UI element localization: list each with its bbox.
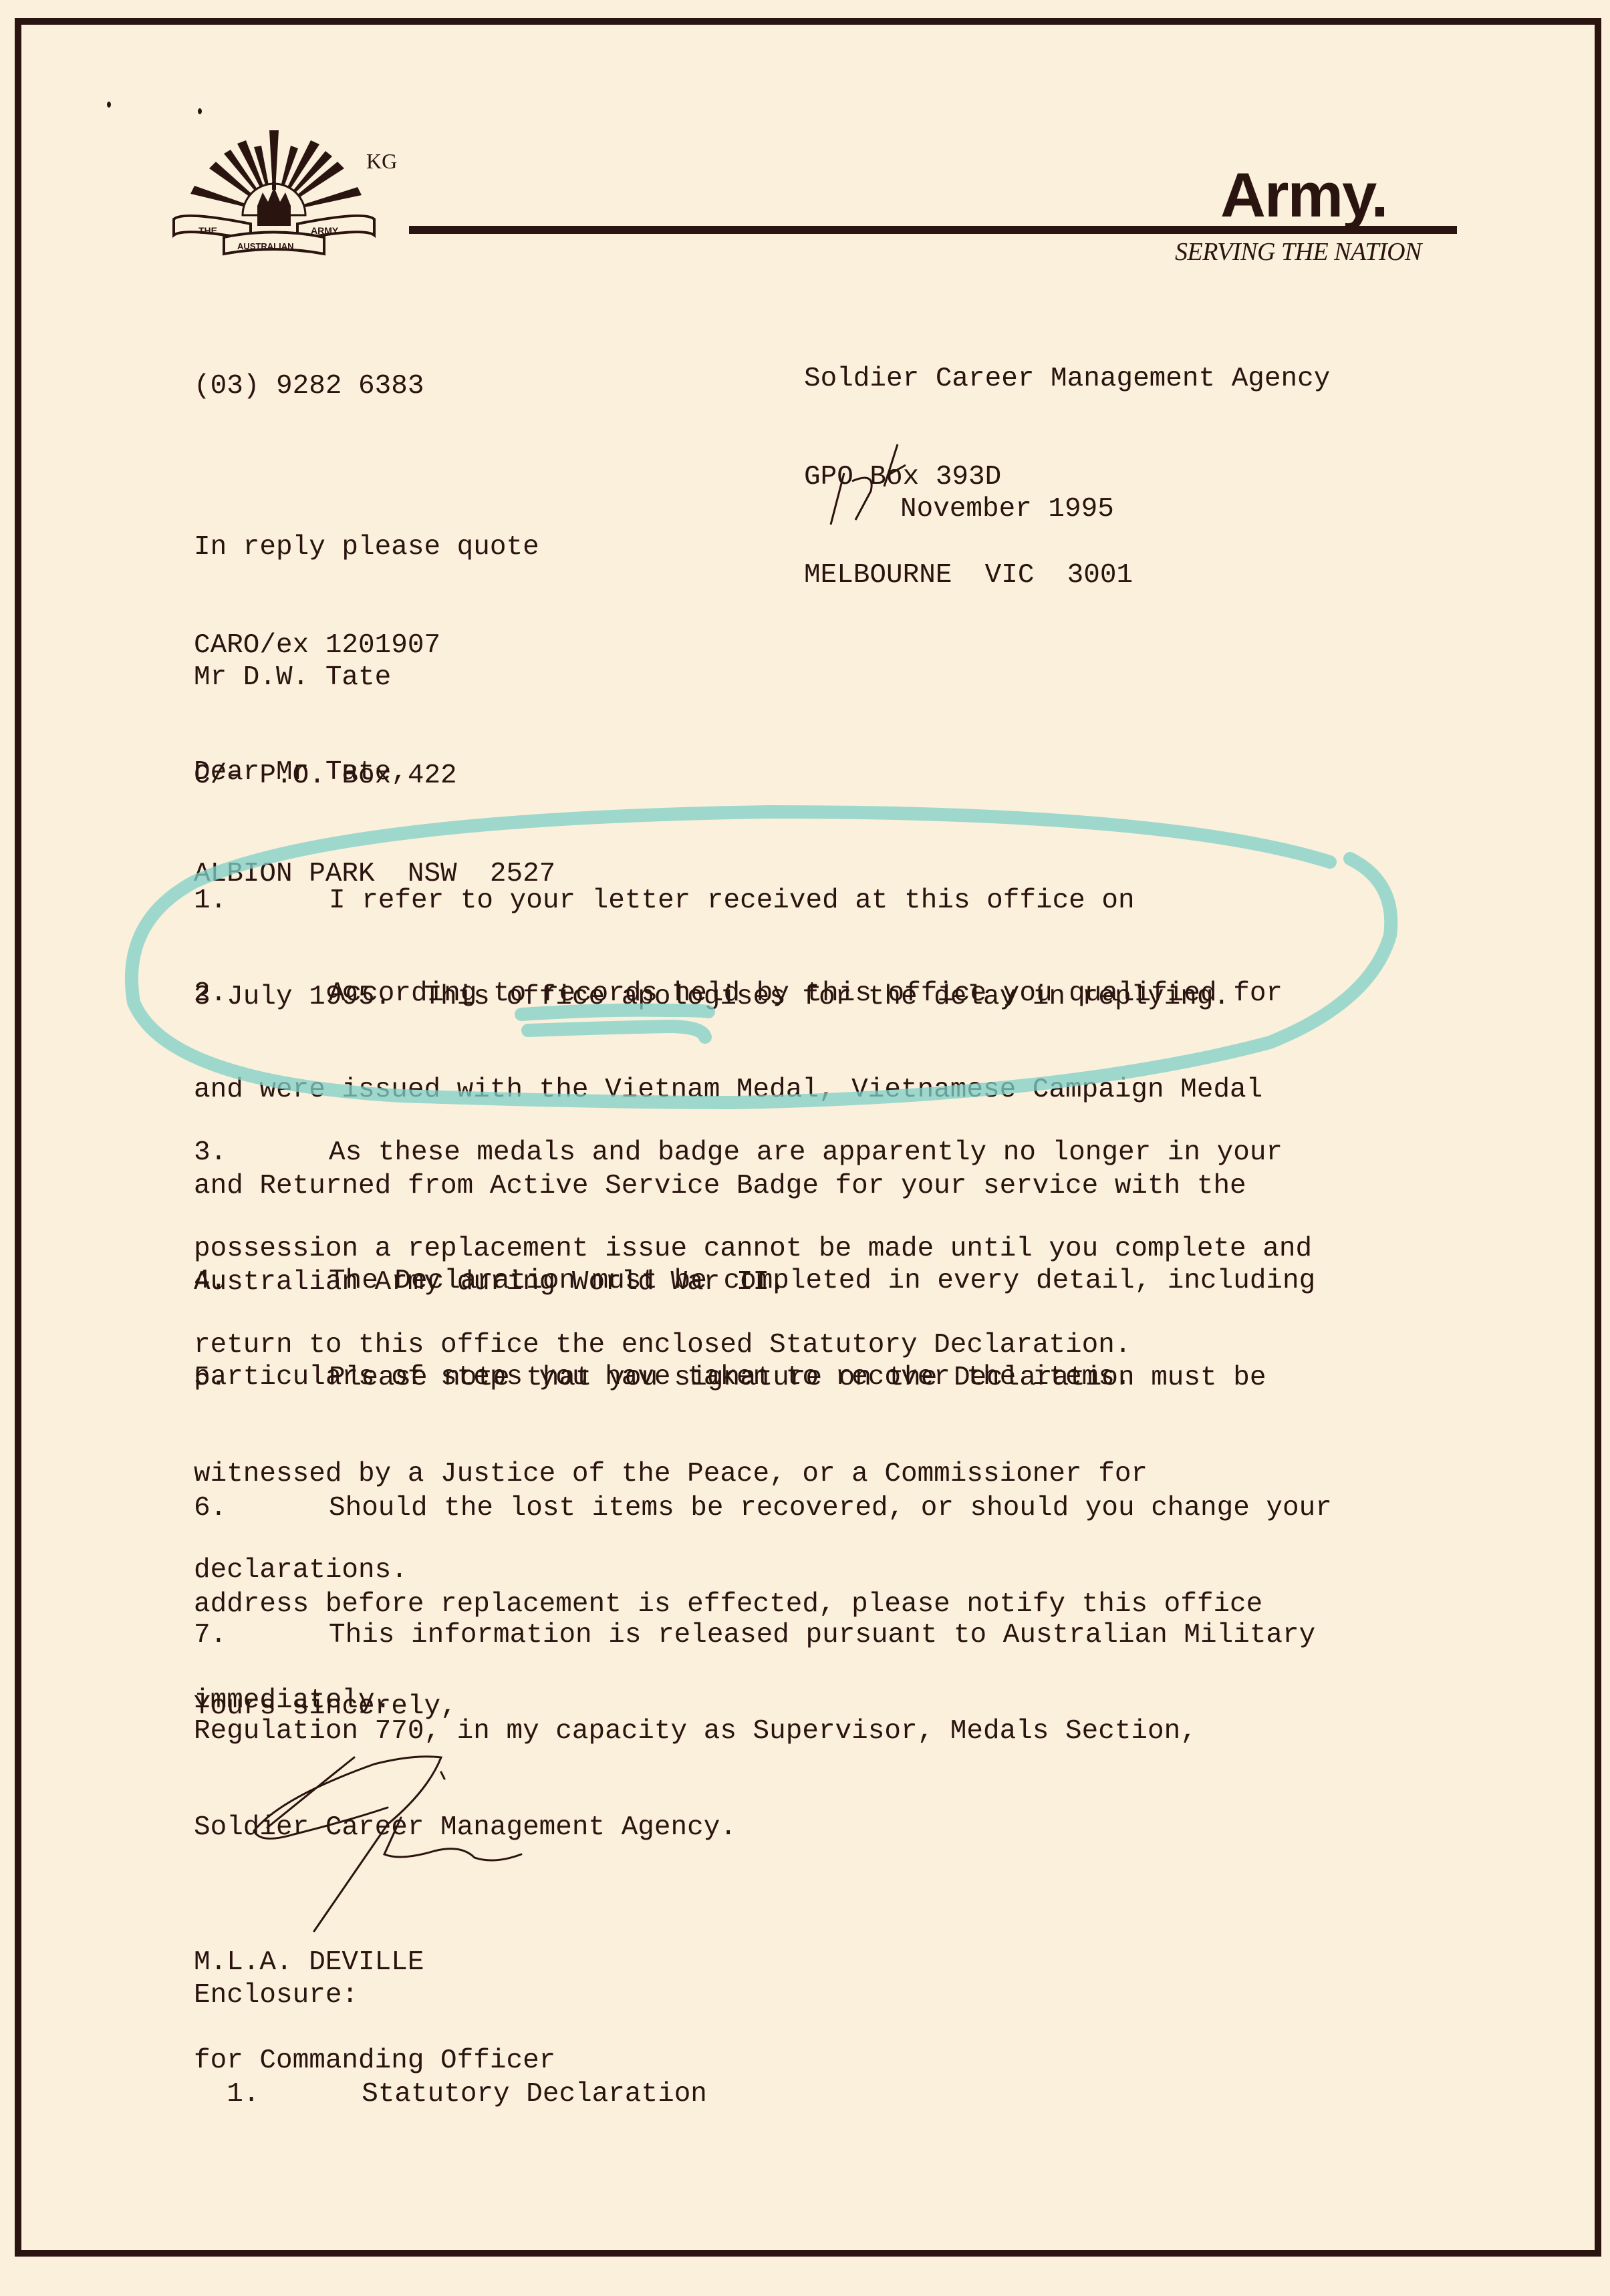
svg-text:AUSTRALIAN: AUSTRALIAN (237, 241, 294, 251)
ink-speck (107, 102, 111, 108)
recipient-line: Mr D.W. Tate (194, 662, 555, 694)
paragraph-number: 3. (194, 1137, 329, 1169)
paragraph-line: As these medals and badge are apparently… (329, 1137, 1283, 1168)
enclosure-text: Statutory Declaration (362, 2079, 707, 2110)
phone-number: (03) 9282 6383 (194, 370, 424, 403)
salutation: Dear Mr Tate, (194, 756, 408, 789)
paragraph-line: This information is released pursuant to… (329, 1620, 1315, 1651)
sender-line: MELBOURNE VIC 3001 (804, 559, 1330, 592)
enclosure-number: 1. (227, 2078, 362, 2110)
date-typed: November 1995 (900, 493, 1114, 526)
rising-sun-badge-icon: THE ARMY AUSTRALIAN (170, 127, 378, 267)
ink-speck (198, 108, 202, 114)
sender-line: Soldier Career Management Agency (804, 363, 1330, 396)
paragraph-number: 1. (194, 885, 329, 917)
reference-label: In reply please quote (194, 531, 539, 564)
paragraph-number: 4. (194, 1265, 329, 1297)
paragraph-number: 6. (194, 1492, 329, 1524)
tagline: SERVING THE NATION (1175, 237, 1422, 267)
paragraph-line: According to records held by this office… (329, 978, 1283, 1009)
army-brand: Army. (1220, 164, 1387, 227)
paragraph-number: 7. (194, 1619, 329, 1651)
enclosure-label: Enclosure: (194, 1979, 358, 2012)
paragraph-line: Should the lost items be recovered, or s… (329, 1493, 1332, 1524)
paragraph-number: 5. (194, 1362, 329, 1394)
svg-text:THE: THE (198, 225, 217, 236)
signatory-name: M.L.A. DEVILLE (194, 1947, 555, 1979)
initials: KG (366, 149, 397, 174)
paragraph-line: The Declaration must be completed in eve… (329, 1266, 1315, 1296)
paragraph-line: I refer to your letter received at this … (329, 885, 1135, 916)
enclosure-item: 1.Statutory Declaration (194, 2046, 707, 2110)
closing: Yours sincerely, (194, 1691, 457, 1723)
paragraph-line: Please note that you signature on the De… (329, 1362, 1266, 1393)
paragraph-number: 2. (194, 978, 329, 1010)
svg-text:ARMY: ARMY (311, 225, 339, 236)
